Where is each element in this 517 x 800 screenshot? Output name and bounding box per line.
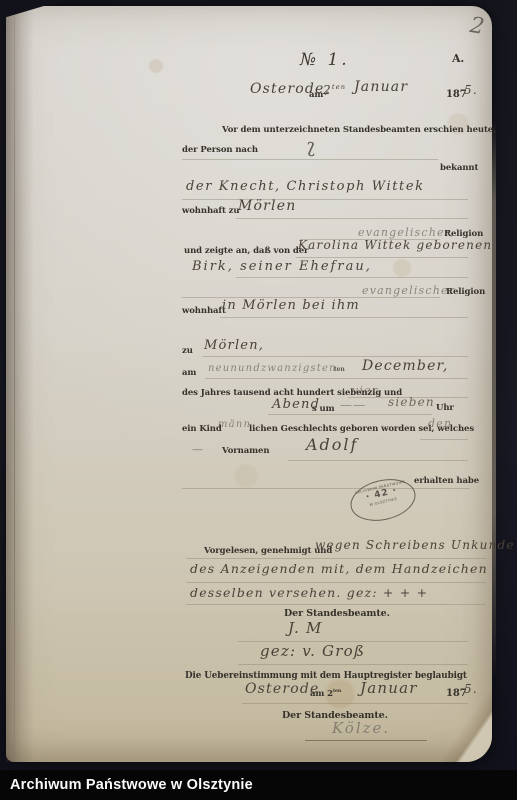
kind-line-a: ein Kind (182, 424, 222, 434)
closing-hand-1: wegen Schreibens Unkunde (315, 538, 515, 552)
flourish-mark: ʅ (306, 133, 317, 157)
rule-line (182, 488, 470, 489)
signature-rule (305, 740, 427, 741)
scanned-register-page: 2 A. № 1. Osterode, am 2ten Januar 187 5… (0, 0, 517, 800)
religion-2-label: Religion (446, 287, 485, 297)
first-name: Adolf (306, 435, 358, 454)
rule-line (202, 356, 468, 357)
closing-hand-2: des Anzeigenden mit, dem Handzeichen (190, 561, 488, 576)
rule-line (236, 218, 468, 219)
rule-line (238, 664, 468, 665)
religion-2-hand: evangelischer (362, 284, 455, 297)
archive-watermark-bar: Archiwum Państwowe w Olsztynie (0, 770, 517, 800)
zeigte-an-line: und zeigte an, daß von der (184, 246, 308, 256)
document-content: 2 A. № 1. Osterode, am 2ten Januar 187 5… (0, 0, 517, 800)
rule-line (236, 277, 468, 278)
time-dash: —— (340, 398, 366, 412)
birth-day-word: neunundzwanzigsten (208, 363, 337, 374)
wohnhaft-label: wohnhaft (182, 306, 226, 316)
mother-name-2: Birk, seiner Ehefrau, (192, 259, 372, 274)
wohnhaft-zu-label: wohnhaft zu (182, 206, 239, 216)
erhalten-habe: erhalten habe (414, 476, 479, 486)
standesbeamte-label-1: Der Standesbeamte. (284, 608, 390, 619)
abend-print: s um (312, 404, 335, 414)
dateline-day: 2ten (323, 83, 346, 97)
hour-word: sieben (388, 395, 435, 409)
residence-2: in Mörlen bei ihm (222, 298, 360, 313)
form-bekannt: bekannt (440, 163, 478, 173)
dash-mark: — (192, 443, 204, 456)
pencil-page-number: 2 (468, 13, 487, 40)
rule-line (186, 582, 486, 583)
registrar-signature: Kölze. (332, 719, 390, 737)
closing-month: Januar (360, 679, 418, 697)
mother-name: Karolina Wittek geborenen (298, 238, 492, 252)
year-word: vier, (352, 384, 382, 397)
vorgelesen-line: Vorgelesen, genehmigt und (204, 546, 332, 556)
birth-month: December, (362, 358, 449, 374)
archive-stamp: ARCHIWUM PAŃSTWOWE · 42 · W OLSZTYNIE (346, 473, 419, 527)
gez-signature: gez: v. Groß (260, 642, 365, 660)
uhr-label: Uhr (436, 403, 454, 413)
dateline-month: Januar (354, 79, 408, 95)
rule-line (288, 460, 468, 461)
rule-line (220, 317, 468, 318)
beglaubigt-line: Die Uebereinstimmung mit dem Hauptregist… (185, 671, 467, 681)
rule-line (182, 199, 468, 200)
residence-1: Mörlen (238, 198, 296, 214)
record-number: № 1. (300, 50, 350, 70)
form-person-nach: der Person nach (182, 145, 258, 155)
dateline-am-label: am (309, 90, 323, 100)
archive-watermark-text: Archiwum Państwowe w Olsztynie (10, 770, 253, 800)
closing-place: Osterode (245, 681, 320, 697)
zu-label: zu (182, 346, 193, 356)
closing-hand-3: desselben versehen. gez: + + + (190, 585, 428, 600)
kind-sex: männ (218, 419, 251, 430)
vornamen-label: Vornamen (222, 446, 269, 456)
corner-letter: A. (452, 52, 464, 65)
closing-year-hand: 5. (464, 682, 478, 696)
rule-line (420, 439, 468, 440)
form-intro-line: Vor dem unterzeichneten Standesbeamten e… (222, 125, 496, 135)
rule-line (268, 414, 432, 415)
ten-label: ten (334, 366, 345, 373)
rule-line (182, 159, 438, 160)
rule-line (242, 703, 468, 704)
rule-line (186, 558, 486, 559)
official-initials: J. M (288, 619, 323, 637)
rule-line (186, 604, 486, 605)
rule-line (296, 257, 468, 258)
rule-line (205, 378, 468, 379)
declarant-name: der Knecht, Christoph Wittek (186, 179, 425, 194)
dateline-year-hand: 5. (464, 83, 478, 97)
am-label: am (182, 368, 196, 378)
kind-den: den (428, 417, 452, 430)
birthplace: Mörlen, (204, 338, 264, 353)
closing-am-day: am 2ten (310, 689, 341, 699)
